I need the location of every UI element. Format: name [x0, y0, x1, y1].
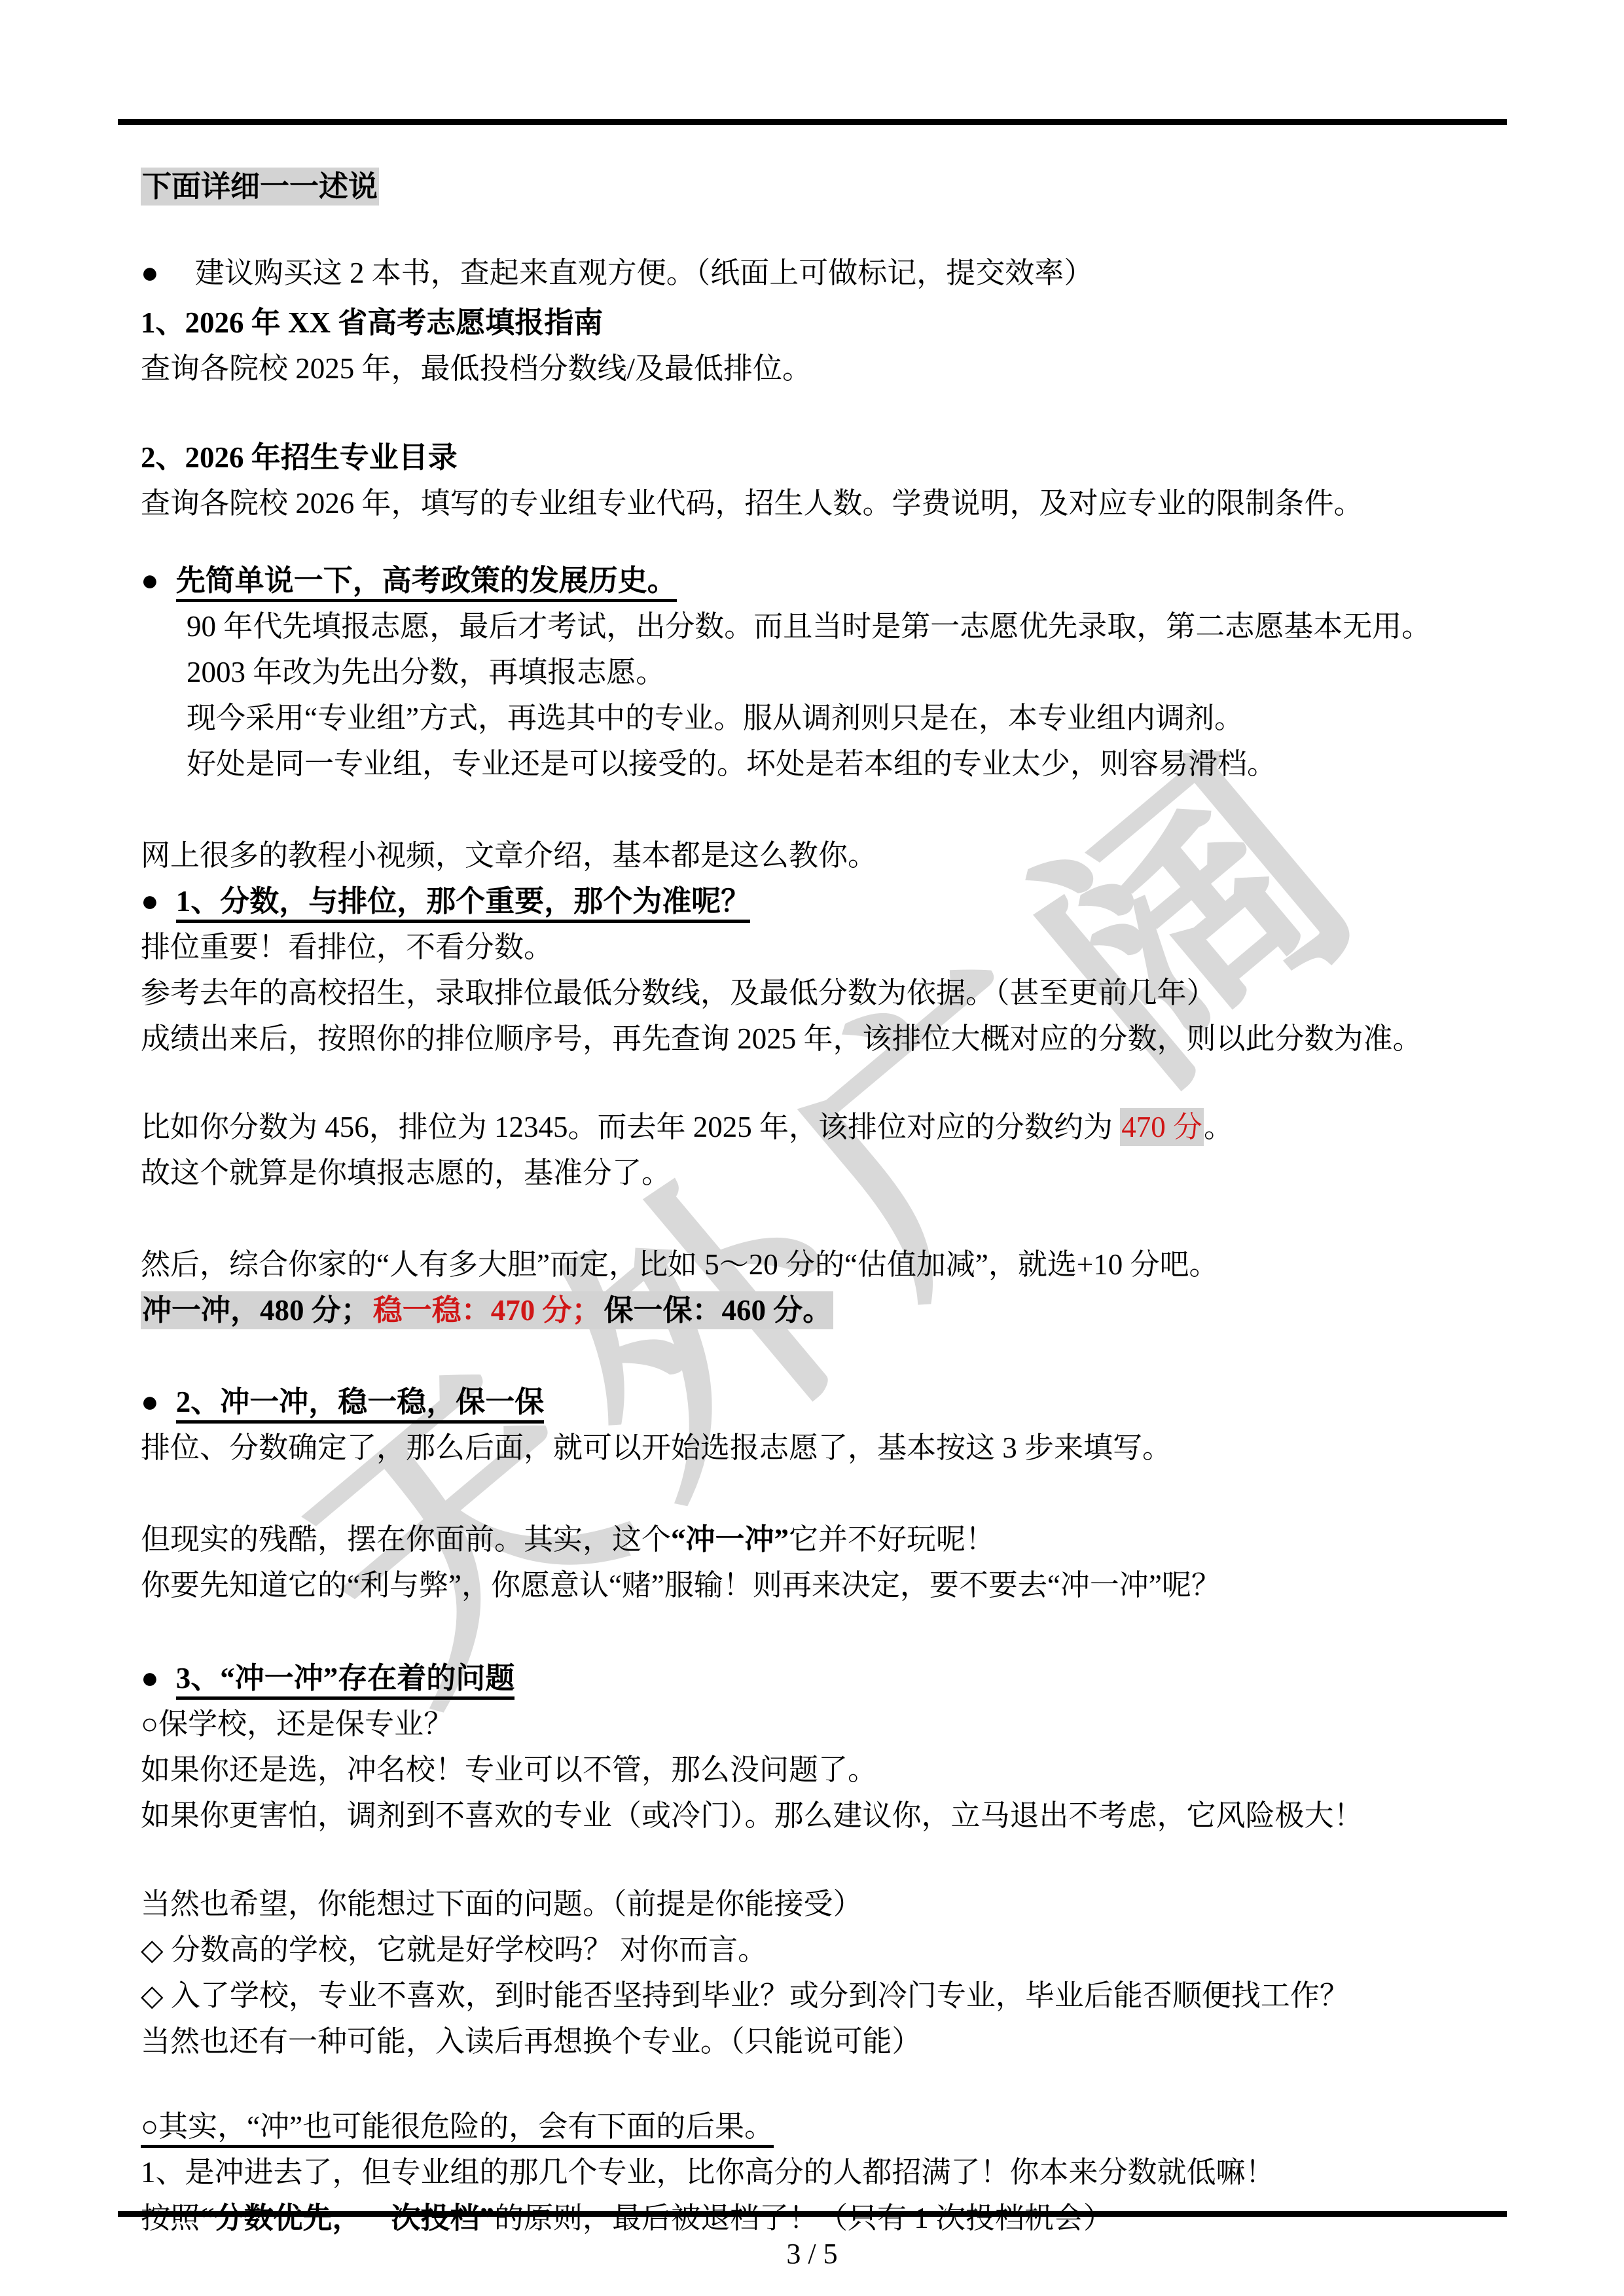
text-segment: 470 分	[1120, 1108, 1204, 1146]
document-page: { "page": { "footer": "3 / 5" }, "waterm…	[0, 0, 1624, 2296]
para-catalog-book: 查询各院校 2026 年，填写的专业组专业代码，招生人数。学费说明，及对应专业的…	[141, 480, 1522, 526]
section-heading-three-steps: ●2、冲一冲，稳一稳，保一保	[141, 1379, 1522, 1425]
heading-guide-book: 1、2026 年 XX 省高考志愿填报指南	[141, 300, 1522, 346]
text-segment: 1、是冲进去了，但专业组的那几个专业，比你高分的人都招满了！你本来分数就低嘛！	[141, 2156, 1275, 2189]
text-segment: 1、2026 年 XX 省高考志愿填报指南	[141, 306, 603, 339]
text-segment: 网上很多的教程小视频，文章介绍，基本都是这么教你。	[141, 839, 877, 872]
text-segment: ◇ 入了学校，专业不喜欢，到时能否坚持到毕业？或分到冷门专业，毕业后能否顺便找工…	[141, 1979, 1349, 2012]
text-segment: ◇ 分数高的学校，它就是好学校吗？ 对你而言。	[141, 1933, 767, 1966]
text-segment: 你要先知道它的“利与弊”，你愿意认“赌”服输！则再来决定，要不要去“冲一冲”呢？	[141, 1569, 1221, 1602]
bullet-icon: ●	[141, 878, 159, 924]
para-pros-cons-gamble: 你要先知道它的“利与弊”，你愿意认“赌”服输！则再来决定，要不要去“冲一冲”呢？	[141, 1562, 1522, 1608]
text-segment: ○其实，“冲”也可能很危险的，会有下面的后果。	[141, 2110, 774, 2143]
para-estimate-adjust: 然后，综合你家的“人有多大胆”而定，比如 5～20 分的“估值加减”，就选+10…	[141, 1242, 1522, 1287]
underlined-text: 2、冲一冲，稳一稳，保一保	[176, 1386, 545, 1424]
text-segment: 。	[1204, 1111, 1233, 1143]
text-segment: 下面详细一一述说	[141, 168, 379, 206]
text-segment: 建议购买这 2 本书，查起来直观方便。（纸面上可做标记，提交效率）	[195, 257, 1094, 289]
para-consequence-1: 1、是冲进去了，但专业组的那几个专业，比你高分的人都招满了！你本来分数就低嘛！	[141, 2149, 1522, 2195]
section-heading-history: ●先简单说一下，高考政策的发展历史。	[141, 558, 1522, 603]
para-online-tutorials: 网上很多的教程小视频，文章介绍，基本都是这么教你。	[141, 833, 1522, 878]
para-example-456: 比如你分数为 456，排位为 12345。而去年 2025 年，该排位对应的分数…	[141, 1104, 1522, 1150]
section-heading-score-vs-rank: ●1、分数，与排位，那个重要，那个为准呢？	[141, 878, 1522, 924]
text-segment: 现今采用“专业组”方式，再选其中的专业。服从调剂则只是在，本专业组内调剂。	[187, 702, 1244, 734]
para-rank-important: 排位重要！看排位，不看分数。	[141, 924, 1522, 970]
para-history-pros-cons: 好处是同一专业组，专业还是可以接受的。坏处是若本组的专业太少，则容易滑档。	[141, 741, 1522, 787]
page-number: 3 / 5	[0, 2237, 1624, 2270]
text-segment: 先简单说一下，高考政策的发展历史。	[176, 564, 677, 597]
para-chong-wen-bao-scores: 冲一冲，480 分；稳一稳：470 分；保一保：460 分。	[141, 1287, 1522, 1333]
para-history-90s: 90 年代先填报志愿，最后才考试，出分数。而且当时是第一志愿优先录取，第二志愿基…	[141, 603, 1522, 649]
para-change-major: 当然也还有一种可能，入读后再想换个专业。（只能说可能）	[141, 2018, 1522, 2064]
top-rule	[118, 119, 1507, 125]
para-history-2003: 2003 年改为先出分数，再填报志愿。	[141, 649, 1522, 695]
para-reference-lastyear: 参考去年的高校招生，录取排位最低分数线，及最低分数为依据。（甚至更前几年）	[141, 970, 1522, 1016]
text-segment: 故这个就算是你填报志愿的，基准分了。	[141, 1157, 671, 1189]
underlined-text: 1、分数，与排位，那个重要，那个为准呢？	[176, 885, 751, 923]
para-after-results: 成绩出来后，按照你的排位顺序号，再先查询 2025 年，该排位大概对应的分数，则…	[141, 1016, 1522, 1062]
text-segment: ○保学校，还是保专业？	[141, 1708, 453, 1740]
para-afraid-adjustment: 如果你更害怕，调剂到不喜欢的专业（或冷门）。那么建议你，立马退出不考虑，它风险极…	[141, 1793, 1522, 1839]
bullet-icon: ●	[141, 1655, 159, 1701]
text-segment: 3、“冲一冲”存在着的问题	[176, 1662, 515, 1695]
text-segment: 查询各院校 2025 年，最低投档分数线/及最低排位。	[141, 352, 812, 385]
para-cruel-reality: 但现实的残酷，摆在你面前。其实，这个“冲一冲”它并不好玩呢！	[141, 1516, 1522, 1562]
text-segment: 的原则，最后被退档了！（只有 1 次投档机会）	[494, 2202, 1113, 2234]
para-keep-school-or-major: ○保学校，还是保专业？	[141, 1701, 1522, 1747]
para-guide-book: 查询各院校 2025 年，最低投档分数线/及最低排位。	[141, 346, 1522, 391]
bullet-icon: ●	[141, 1379, 159, 1425]
para-q-good-school: ◇ 分数高的学校，它就是好学校吗？ 对你而言。	[141, 1927, 1522, 1973]
underlined-text: 先简单说一下，高考政策的发展历史。	[176, 564, 677, 602]
text-segment: “分数优先，一次投档”	[200, 2202, 494, 2234]
bullet-icon: ●	[141, 558, 159, 603]
para-baseline-score: 故这个就算是你填报志愿的，基准分了。	[141, 1150, 1522, 1196]
text-segment: 当然也还有一种可能，入读后再想换个专业。（只能说可能）	[141, 2025, 922, 2058]
para-q-persist-graduate: ◇ 入了学校，专业不喜欢，到时能否坚持到毕业？或分到冷门专业，毕业后能否顺便找工…	[141, 1973, 1522, 2018]
text-segment: 按照	[141, 2202, 200, 2234]
text-segment: 参考去年的高校招生，录取排位最低分数线，及最低分数为依据。（甚至更前几年）	[141, 977, 1216, 1009]
heading-catalog-book: 2、2026 年招生专业目录	[141, 435, 1522, 480]
text-segment: 如果你还是选，冲名校！专业可以不管，那么没问题了。	[141, 1753, 877, 1786]
section-heading-chong-problems: ●3、“冲一冲”存在着的问题	[141, 1655, 1522, 1701]
text-segment: 成绩出来后，按照你的排位顺序号，再先查询 2025 年，该排位大概对应的分数，则…	[141, 1022, 1422, 1055]
underlined-text: ○其实，“冲”也可能很危险的，会有下面的后果。	[141, 2110, 774, 2148]
para-history-now: 现今采用“专业组”方式，再选其中的专业。服从调剂则只是在，本专业组内调剂。	[141, 695, 1522, 741]
text-segment: 稳一稳：470 分；	[372, 1291, 603, 1329]
page-container: 天外广阔 下面详细一一述说●建议购买这 2 本书，查起来直观方便。（纸面上可做标…	[0, 0, 1624, 2296]
text-segment: 当然也希望，你能想过下面的问题。（前提是你能接受）	[141, 1888, 863, 1920]
document-content: 下面详细一一述说●建议购买这 2 本书，查起来直观方便。（纸面上可做标记，提交效…	[141, 164, 1522, 2241]
text-segment: 但现实的残酷，摆在你面前。其实，这个	[141, 1523, 671, 1556]
text-segment: 1、分数，与排位，那个重要，那个为准呢？	[176, 885, 751, 918]
text-segment: 比如你分数为 456，排位为 12345。而去年 2025 年，该排位对应的分数…	[141, 1111, 1120, 1143]
text-segment: “冲一冲”	[671, 1523, 789, 1556]
text-segment: 冲一冲，480 分；	[141, 1291, 372, 1329]
para-start-filling: 排位、分数确定了，那么后面，就可以开始选报志愿了，基本按这 3 步来填写。	[141, 1425, 1522, 1471]
bullet-point-buy-books: ●建议购买这 2 本书，查起来直观方便。（纸面上可做标记，提交效率）	[141, 250, 1522, 296]
text-segment: 排位、分数确定了，那么后面，就可以开始选报志愿了，基本按这 3 步来填写。	[141, 1431, 1172, 1464]
text-segment: 2、2026 年招生专业目录	[141, 441, 458, 474]
underlined-text: 3、“冲一冲”存在着的问题	[176, 1662, 515, 1700]
text-segment: 然后，综合你家的“人有多大胆”而定，比如 5～20 分的“估值加减”，就选+10…	[141, 1248, 1219, 1281]
para-score-priority: 按照“分数优先，一次投档”的原则，最后被退档了！（只有 1 次投档机会）	[141, 2195, 1522, 2241]
text-segment: 保一保：460 分。	[603, 1291, 834, 1329]
doc-title: 下面详细一一述说	[141, 164, 1522, 209]
para-choose-famous-school: 如果你还是选，冲名校！专业可以不管，那么没问题了。	[141, 1747, 1522, 1793]
text-segment: 查询各院校 2026 年，填写的专业组专业代码，招生人数。学费说明，及对应专业的…	[141, 487, 1363, 520]
text-segment: 2003 年改为先出分数，再填报志愿。	[187, 656, 665, 689]
text-segment: 如果你更害怕，调剂到不喜欢的专业（或冷门）。那么建议你，立马退出不考虑，它风险极…	[141, 1799, 1363, 1832]
para-hope-consider: 当然也希望，你能想过下面的问题。（前提是你能接受）	[141, 1881, 1522, 1927]
text-segment: 2、冲一冲，稳一稳，保一保	[176, 1386, 545, 1418]
text-segment: 排位重要！看排位，不看分数。	[141, 931, 553, 963]
text-segment: 它并不好玩呢！	[789, 1523, 995, 1556]
text-segment: 好处是同一专业组，专业还是可以接受的。坏处是若本组的专业太少，则容易滑档。	[187, 747, 1276, 780]
bullet-icon: ●	[141, 250, 159, 296]
text-segment: 90 年代先填报志愿，最后才考试，出分数。而且当时是第一志愿优先录取，第二志愿基…	[187, 610, 1431, 643]
para-chong-dangerous: ○其实，“冲”也可能很危险的，会有下面的后果。	[141, 2104, 1522, 2149]
